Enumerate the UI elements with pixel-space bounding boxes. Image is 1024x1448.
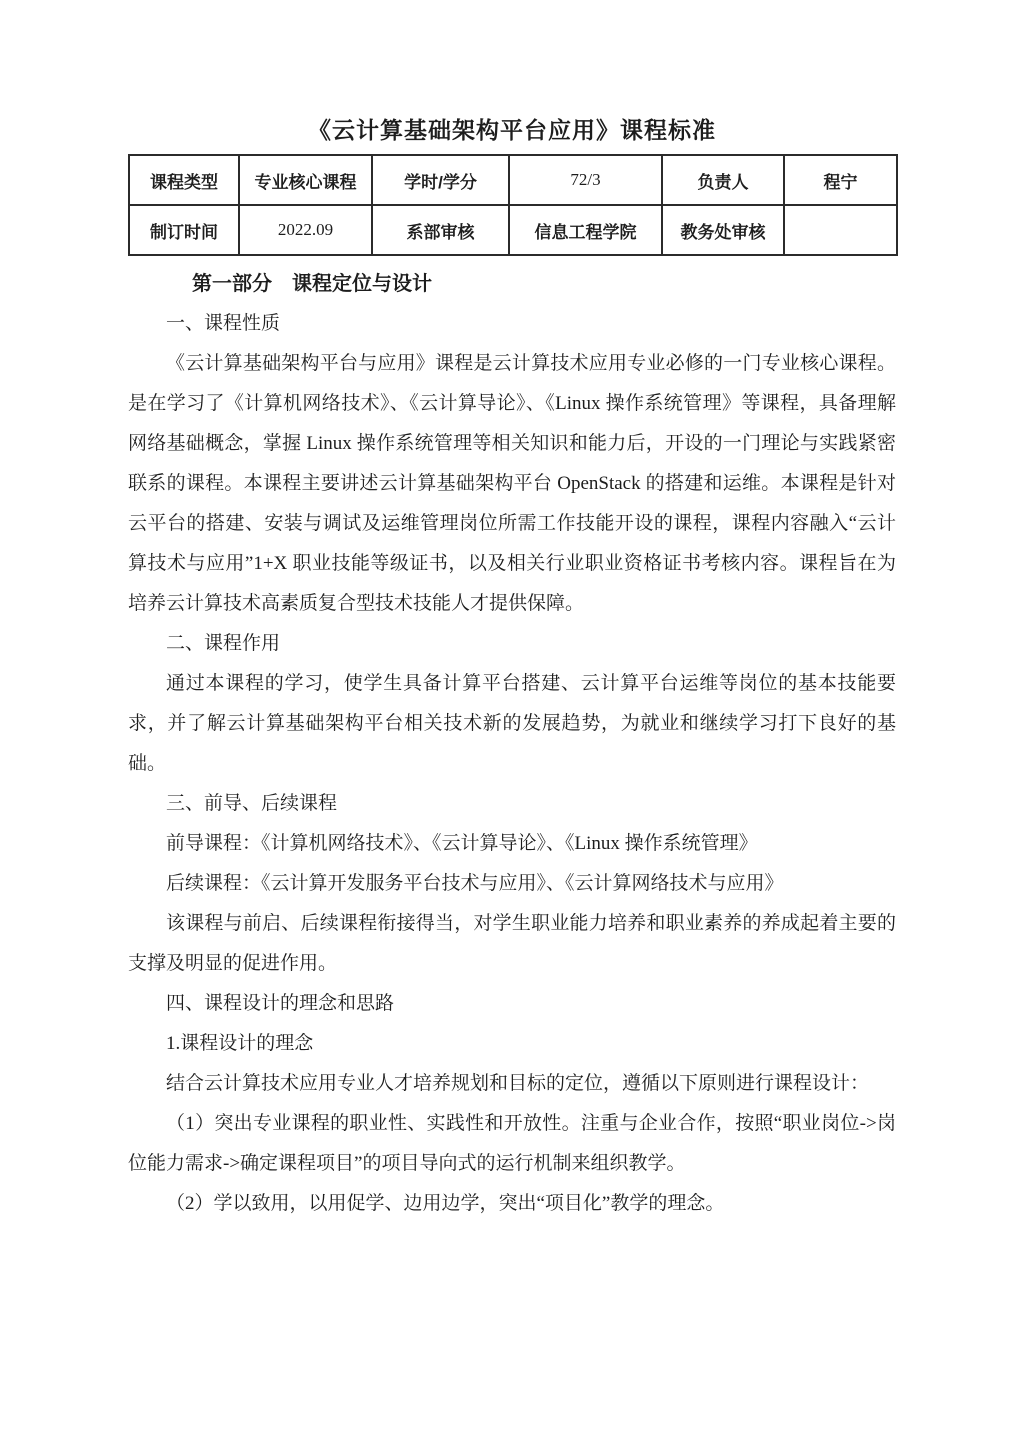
info-table-row-2: 制订时间 2022.09 系部审核 信息工程学院 教务处审核 — [129, 205, 897, 255]
paragraph-preceding-courses: 前导课程：《计算机网络技术》、《云计算导论》、《Linux 操作系统管理》 — [128, 824, 896, 864]
paragraph-course-connection: 该课程与前启、后续课程衔接得当，对学生职业能力培养和职业素养的养成起着主要的支撑… — [128, 904, 896, 984]
department-review-value: 信息工程学院 — [509, 205, 662, 255]
person-in-charge-value: 程宁 — [784, 155, 897, 205]
document-page: 《云计算基础架构平台应用》课程标准 课程类型 专业核心课程 学时/学分 72/3… — [0, 0, 1024, 1448]
subheading-design-concept-section: 四、课程设计的理念和思路 — [128, 984, 896, 1024]
hours-credits-label: 学时/学分 — [372, 155, 509, 205]
course-type-value: 专业核心课程 — [239, 155, 372, 205]
formulation-date-value: 2022.09 — [239, 205, 372, 255]
department-review-label: 系部审核 — [372, 205, 509, 255]
person-in-charge-label: 负责人 — [662, 155, 784, 205]
academic-office-review-value — [784, 205, 897, 255]
paragraph-design-principle-1: （1）突出专业课程的职业性、实践性和开放性。注重与企业合作，按照“职业岗位->岗… — [128, 1104, 896, 1184]
paragraph-course-nature: 《云计算基础架构平台与应用》课程是云计算技术应用专业必修的一门专业核心课程。是在… — [128, 344, 896, 624]
document-content: 《云计算基础架构平台应用》课程标准 课程类型 专业核心课程 学时/学分 72/3… — [128, 112, 896, 1224]
course-type-label: 课程类型 — [129, 155, 239, 205]
info-table-row-1: 课程类型 专业核心课程 学时/学分 72/3 负责人 程宁 — [129, 155, 897, 205]
subheading-prerequisite-courses: 三、前导、后续课程 — [128, 784, 896, 824]
subheading-course-nature: 一、课程性质 — [128, 304, 896, 344]
hours-credits-value: 72/3 — [509, 155, 662, 205]
paragraph-subsequent-courses: 后续课程：《云计算开发服务平台技术与应用》、《云计算网络技术与应用》 — [128, 864, 896, 904]
academic-office-review-label: 教务处审核 — [662, 205, 784, 255]
part-one-heading: 第一部分 课程定位与设计 — [128, 264, 896, 304]
paragraph-design-intro: 结合云计算技术应用专业人才培养规划和目标的定位，遵循以下原则进行课程设计： — [128, 1064, 896, 1104]
document-title: 《云计算基础架构平台应用》课程标准 — [128, 112, 896, 150]
paragraph-course-role: 通过本课程的学习，使学生具备计算平台搭建、云计算平台运维等岗位的基本技能要求，并… — [128, 664, 896, 784]
subheading-design-concept-item: 1.课程设计的理念 — [128, 1024, 896, 1064]
paragraph-design-principle-2: （2）学以致用，以用促学、边用边学，突出“项目化”教学的理念。 — [128, 1184, 896, 1224]
course-info-table: 课程类型 专业核心课程 学时/学分 72/3 负责人 程宁 制订时间 2022.… — [128, 154, 898, 256]
document-body: 第一部分 课程定位与设计 一、课程性质 《云计算基础架构平台与应用》课程是云计算… — [128, 264, 896, 1224]
formulation-date-label: 制订时间 — [129, 205, 239, 255]
subheading-course-role: 二、课程作用 — [128, 624, 896, 664]
